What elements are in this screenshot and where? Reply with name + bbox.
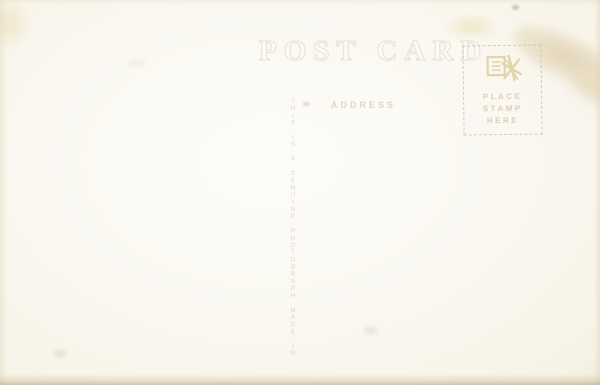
speck-mark (303, 102, 309, 106)
paper-edge-toning-top (0, 0, 600, 5)
address-label: ADDRESS (331, 100, 396, 110)
speck-mark (364, 326, 378, 335)
speck-mark (512, 5, 519, 10)
stamp-line: PLACE (464, 90, 541, 103)
divider-vertical-imprint: THIS IS A GENUINE PHOTOGRAPH MADE IN U.S… (289, 99, 297, 355)
speck-mark (54, 350, 66, 357)
stamp-line: HERE (464, 114, 541, 127)
stain-top-right-tail (557, 65, 600, 121)
stamp-box: PLACE STAMP HERE (462, 44, 542, 135)
postcard-title: POST CARD (259, 35, 488, 68)
place-stamp-here-text: PLACE STAMP HERE (464, 90, 541, 127)
paper-edge-toning-right (594, 0, 600, 385)
postcard-back: POST CARD ADDRESS THIS IS A GENUINE PHOT… (0, 0, 600, 385)
speck-mark (128, 60, 146, 66)
stain-top-left-corner (0, 0, 32, 52)
ekc-logo-icon (481, 49, 524, 88)
paper-edge-toning-bottom (0, 374, 600, 385)
stamp-line: STAMP (464, 102, 541, 115)
paper-edge-toning-left (0, 0, 7, 385)
